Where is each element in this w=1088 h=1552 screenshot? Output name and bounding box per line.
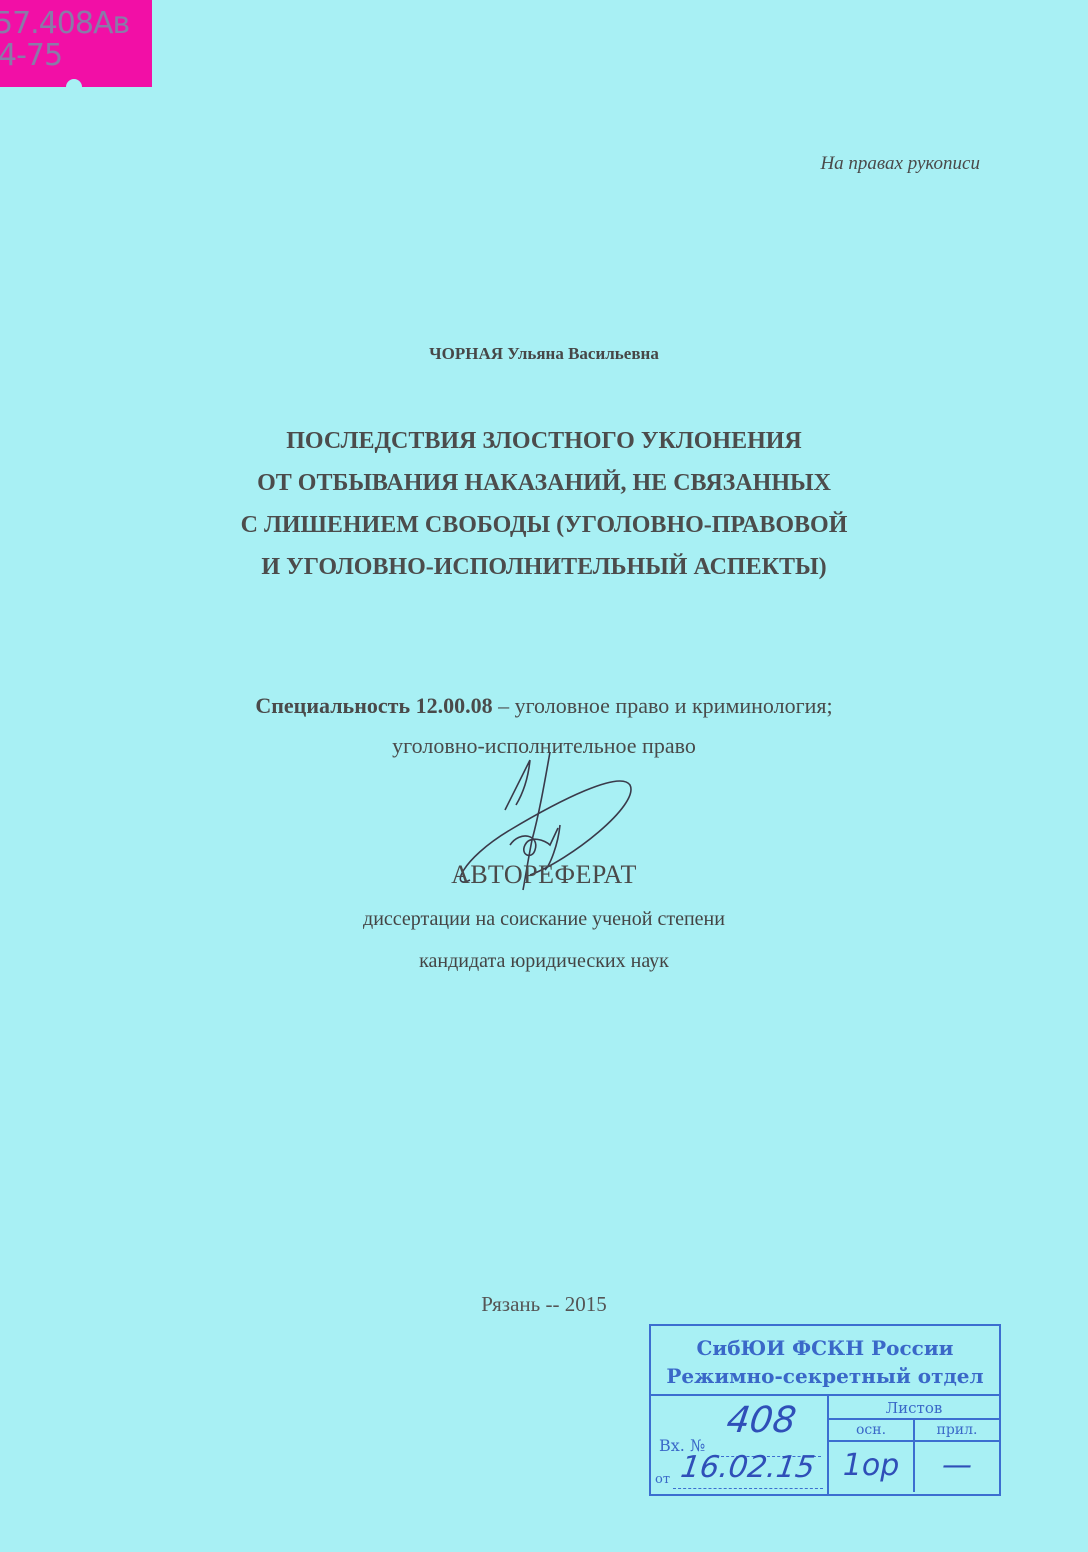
specialty-text: – уголовное право и криминология; xyxy=(493,693,833,718)
incoming-number: 408 xyxy=(724,1400,798,1441)
stamp-dept: Режимно-секретный отдел xyxy=(651,1362,999,1390)
dissertation-line: диссертации на соискание ученой степени xyxy=(0,898,1088,940)
from-label: от xyxy=(655,1472,670,1487)
sticker-number: 4-75 xyxy=(0,40,152,72)
attach-sheets-label: прил. xyxy=(915,1420,999,1440)
main-sheets-label: осн. xyxy=(829,1420,915,1440)
stamp-org: СибЮИ ФСКН России xyxy=(651,1334,999,1362)
dissertation-line: кандидата юридических наук xyxy=(0,940,1088,982)
sticker-notch xyxy=(66,79,82,87)
registration-stamp: СибЮИ ФСКН России Режимно-секретный отде… xyxy=(649,1324,1001,1496)
attach-sheets-value: — xyxy=(915,1442,999,1492)
stamp-header: СибЮИ ФСКН России Режимно-секретный отде… xyxy=(651,1326,999,1396)
document-type: АВТОРЕФЕРАТ xyxy=(0,860,1088,890)
sheets-label: Листов xyxy=(829,1396,999,1420)
title-line: И УГОЛОВНО-ИСПОЛНИТЕЛЬНЫЙ АСПЕКТЫ) xyxy=(0,546,1088,588)
document-title: ПОСЛЕДСТВИЯ ЗЛОСТНОГО УКЛОНЕНИЯ ОТ ОТБЫВ… xyxy=(0,420,1088,588)
date-underline xyxy=(673,1488,823,1489)
specialty-code: Специальность 12.00.08 xyxy=(255,693,492,718)
stamp-sheets: Листов осн. прил. 1ор — xyxy=(829,1396,999,1494)
dissertation-info: диссертации на соискание ученой степени … xyxy=(0,898,1088,982)
author-name: ЧОРНАЯ Ульяна Васильевна xyxy=(0,344,1088,364)
city-year: Рязань -- 2015 xyxy=(0,1292,1088,1317)
stamp-incoming: Вх. № 408 от 16.02.15 xyxy=(651,1396,829,1494)
title-line: ОТ ОТБЫВАНИЯ НАКАЗАНИЙ, НЕ СВЯЗАННЫХ xyxy=(0,462,1088,504)
title-line: ПОСЛЕДСТВИЯ ЗЛОСТНОГО УКЛОНЕНИЯ xyxy=(0,420,1088,462)
title-line: С ЛИШЕНИЕМ СВОБОДЫ (УГОЛОВНО-ПРАВОВОЙ xyxy=(0,504,1088,546)
manuscript-rights-note: На правах рукописи xyxy=(820,153,980,175)
library-sticker: 57.408Ав 4-75 xyxy=(0,0,152,87)
sticker-code: 57.408Ав xyxy=(0,8,152,40)
incoming-date: 16.02.15 xyxy=(679,1450,818,1485)
main-sheets-value: 1ор xyxy=(829,1442,915,1492)
